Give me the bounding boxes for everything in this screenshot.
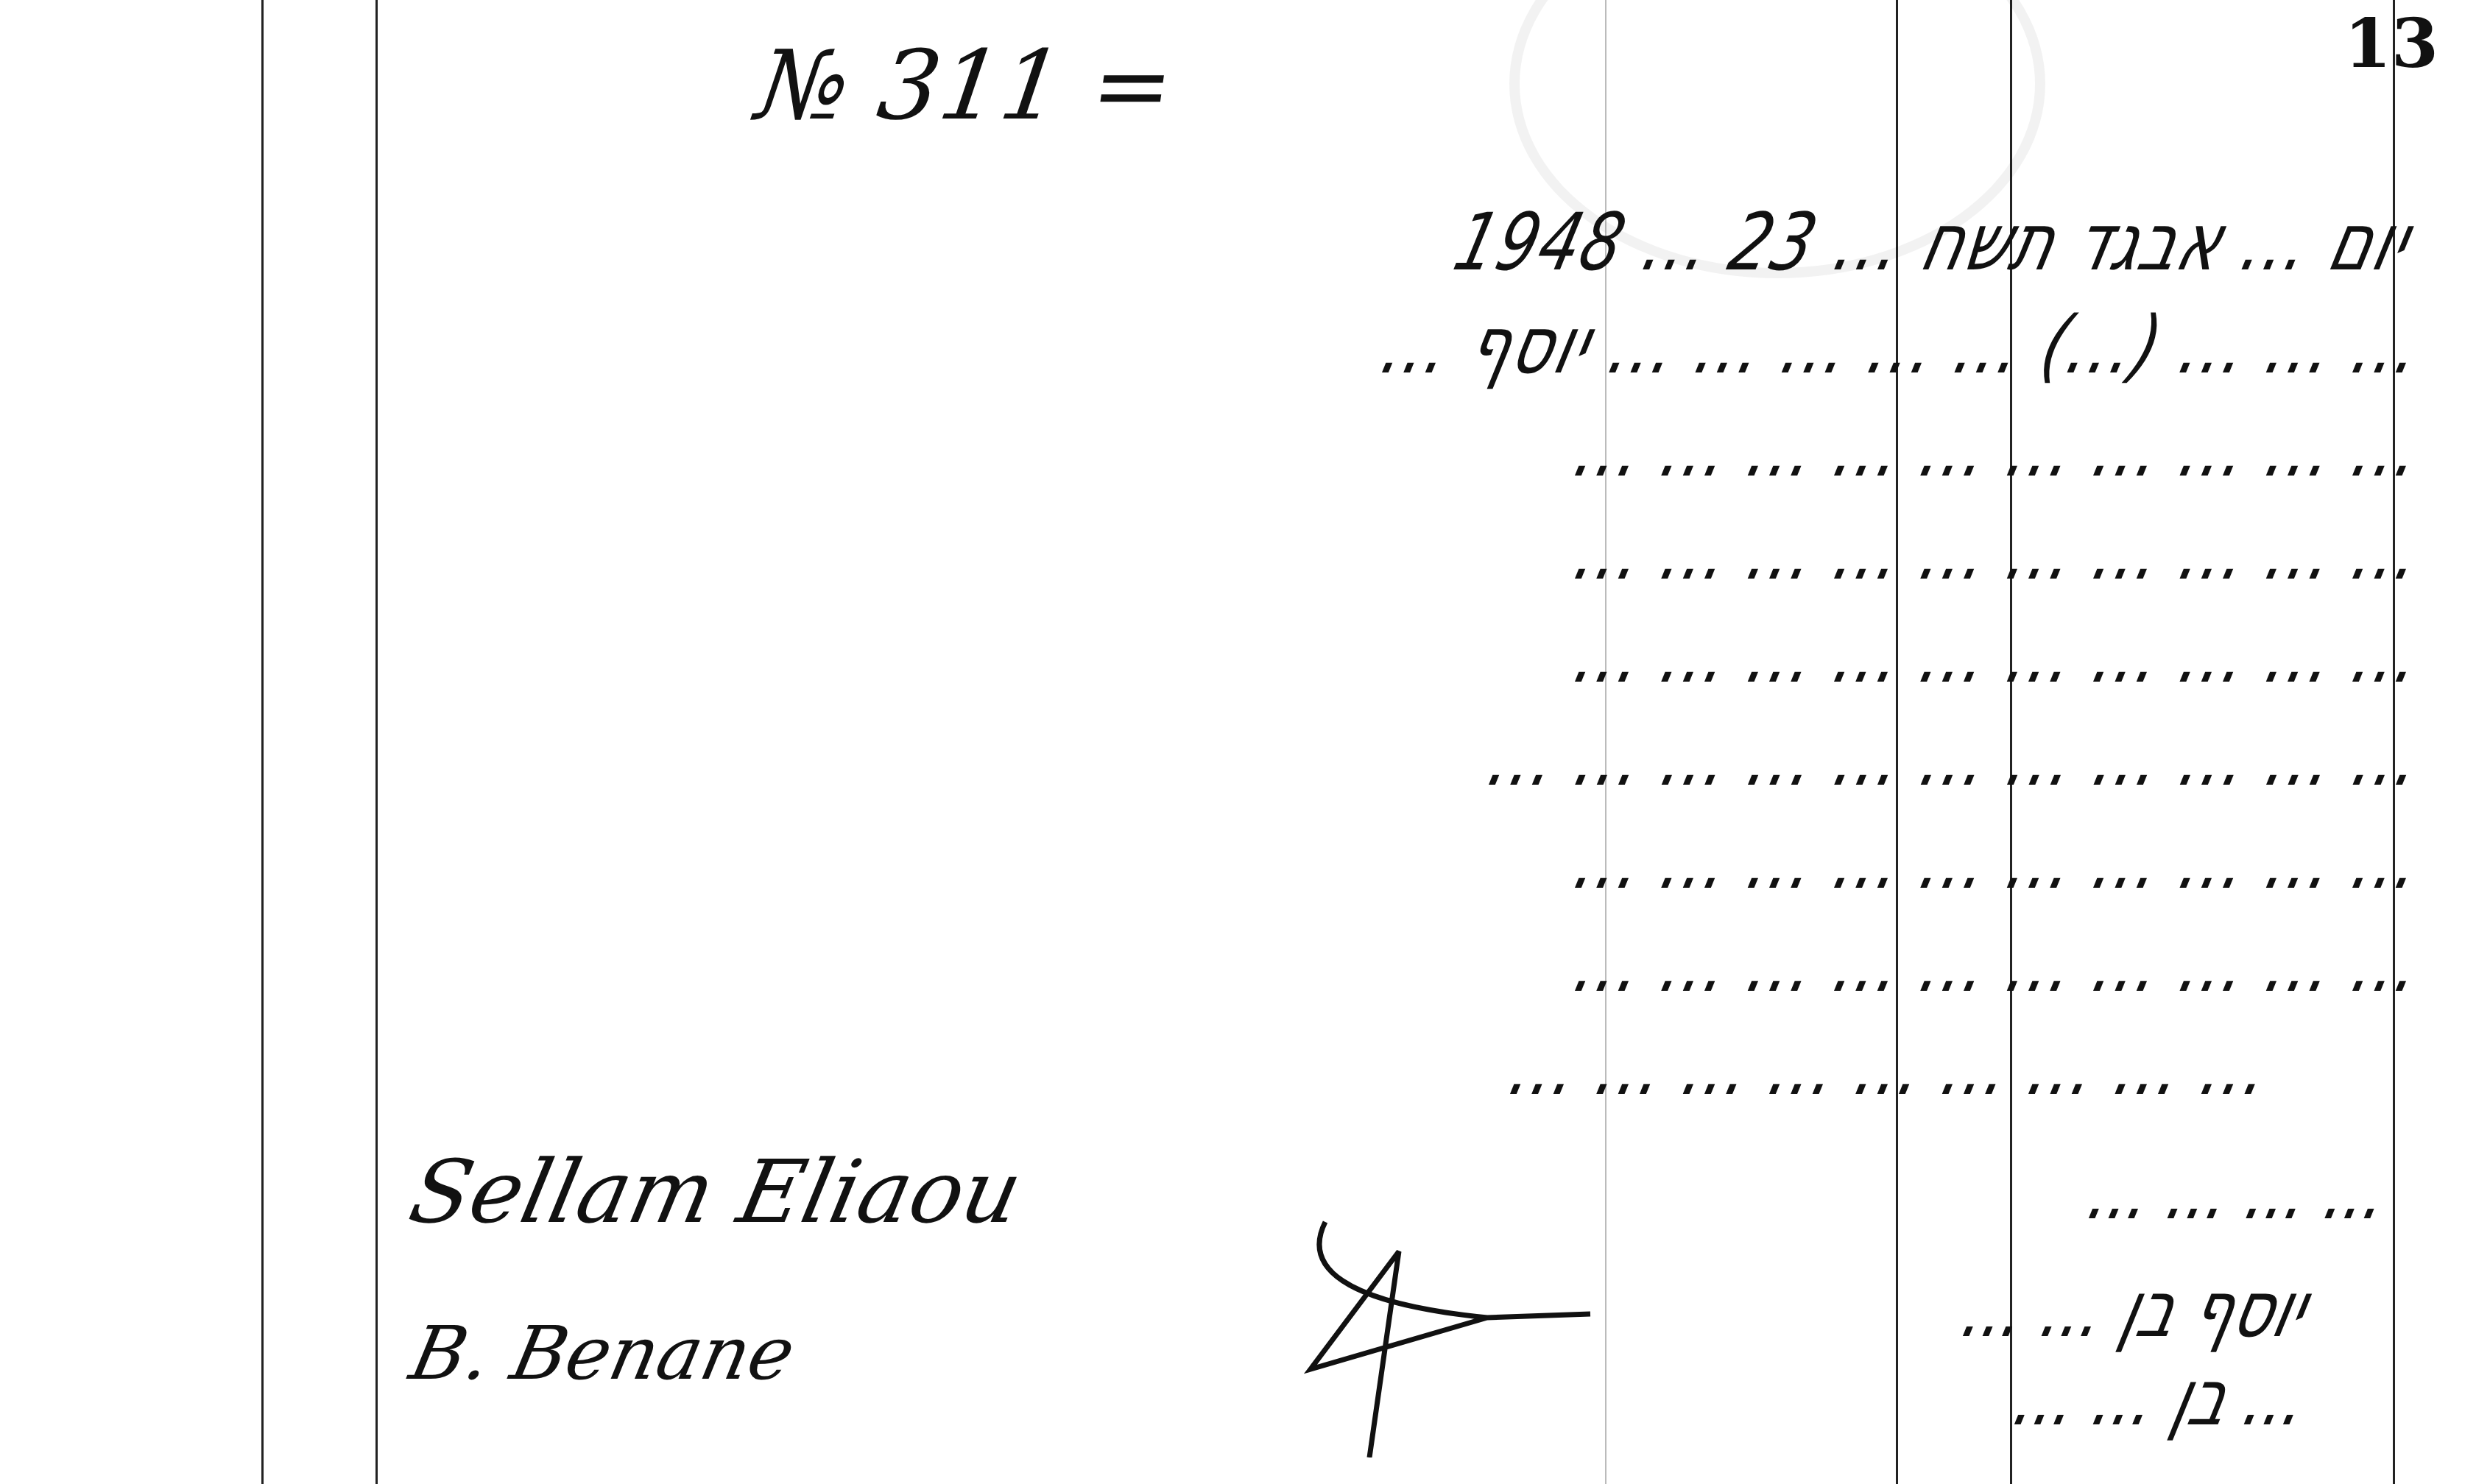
signature-sellam-eliaou: Sellam Eliaou: [401, 1141, 1030, 1243]
signature-right-2: יוסף בן ... ...: [1955, 1265, 2317, 1355]
ruled-line: [261, 0, 264, 1484]
signature-right-1: ... ... ... ...: [2081, 1147, 2398, 1237]
page-number: 13: [2344, 4, 2438, 83]
body-line: ... ... ... ... ... ... ... ... ... ...: [1566, 816, 2431, 908]
signature-flourish: [1296, 1148, 1738, 1457]
body-line: ... ... ... (...) ... ... ... ... ... יו…: [1373, 300, 2431, 392]
signature-right-3: ... בן ... ...: [2006, 1353, 2317, 1444]
date-line: יום ... אבגד תשח ... 23 ... 1948: [1446, 197, 2421, 289]
ruled-line: [375, 0, 378, 1484]
body-line: ... ... ... ... ... ... ... ... ...: [1502, 1022, 2281, 1114]
body-line: ... ... ... ... ... ... ... ... ... ... …: [1480, 713, 2432, 805]
body-line: ... ... ... ... ... ... ... ... ... ...: [1566, 609, 2431, 702]
signature-b-benane: B. Benane: [403, 1310, 803, 1396]
body-line: ... ... ... ... ... ... ... ... ... ...: [1566, 403, 2431, 495]
body-line: ... ... ... ... ... ... ... ... ... ...: [1566, 506, 2431, 598]
body-line: ... ... ... ... ... ... ... ... ... ...: [1566, 919, 2431, 1011]
document-number: № 311 =: [750, 29, 1180, 141]
